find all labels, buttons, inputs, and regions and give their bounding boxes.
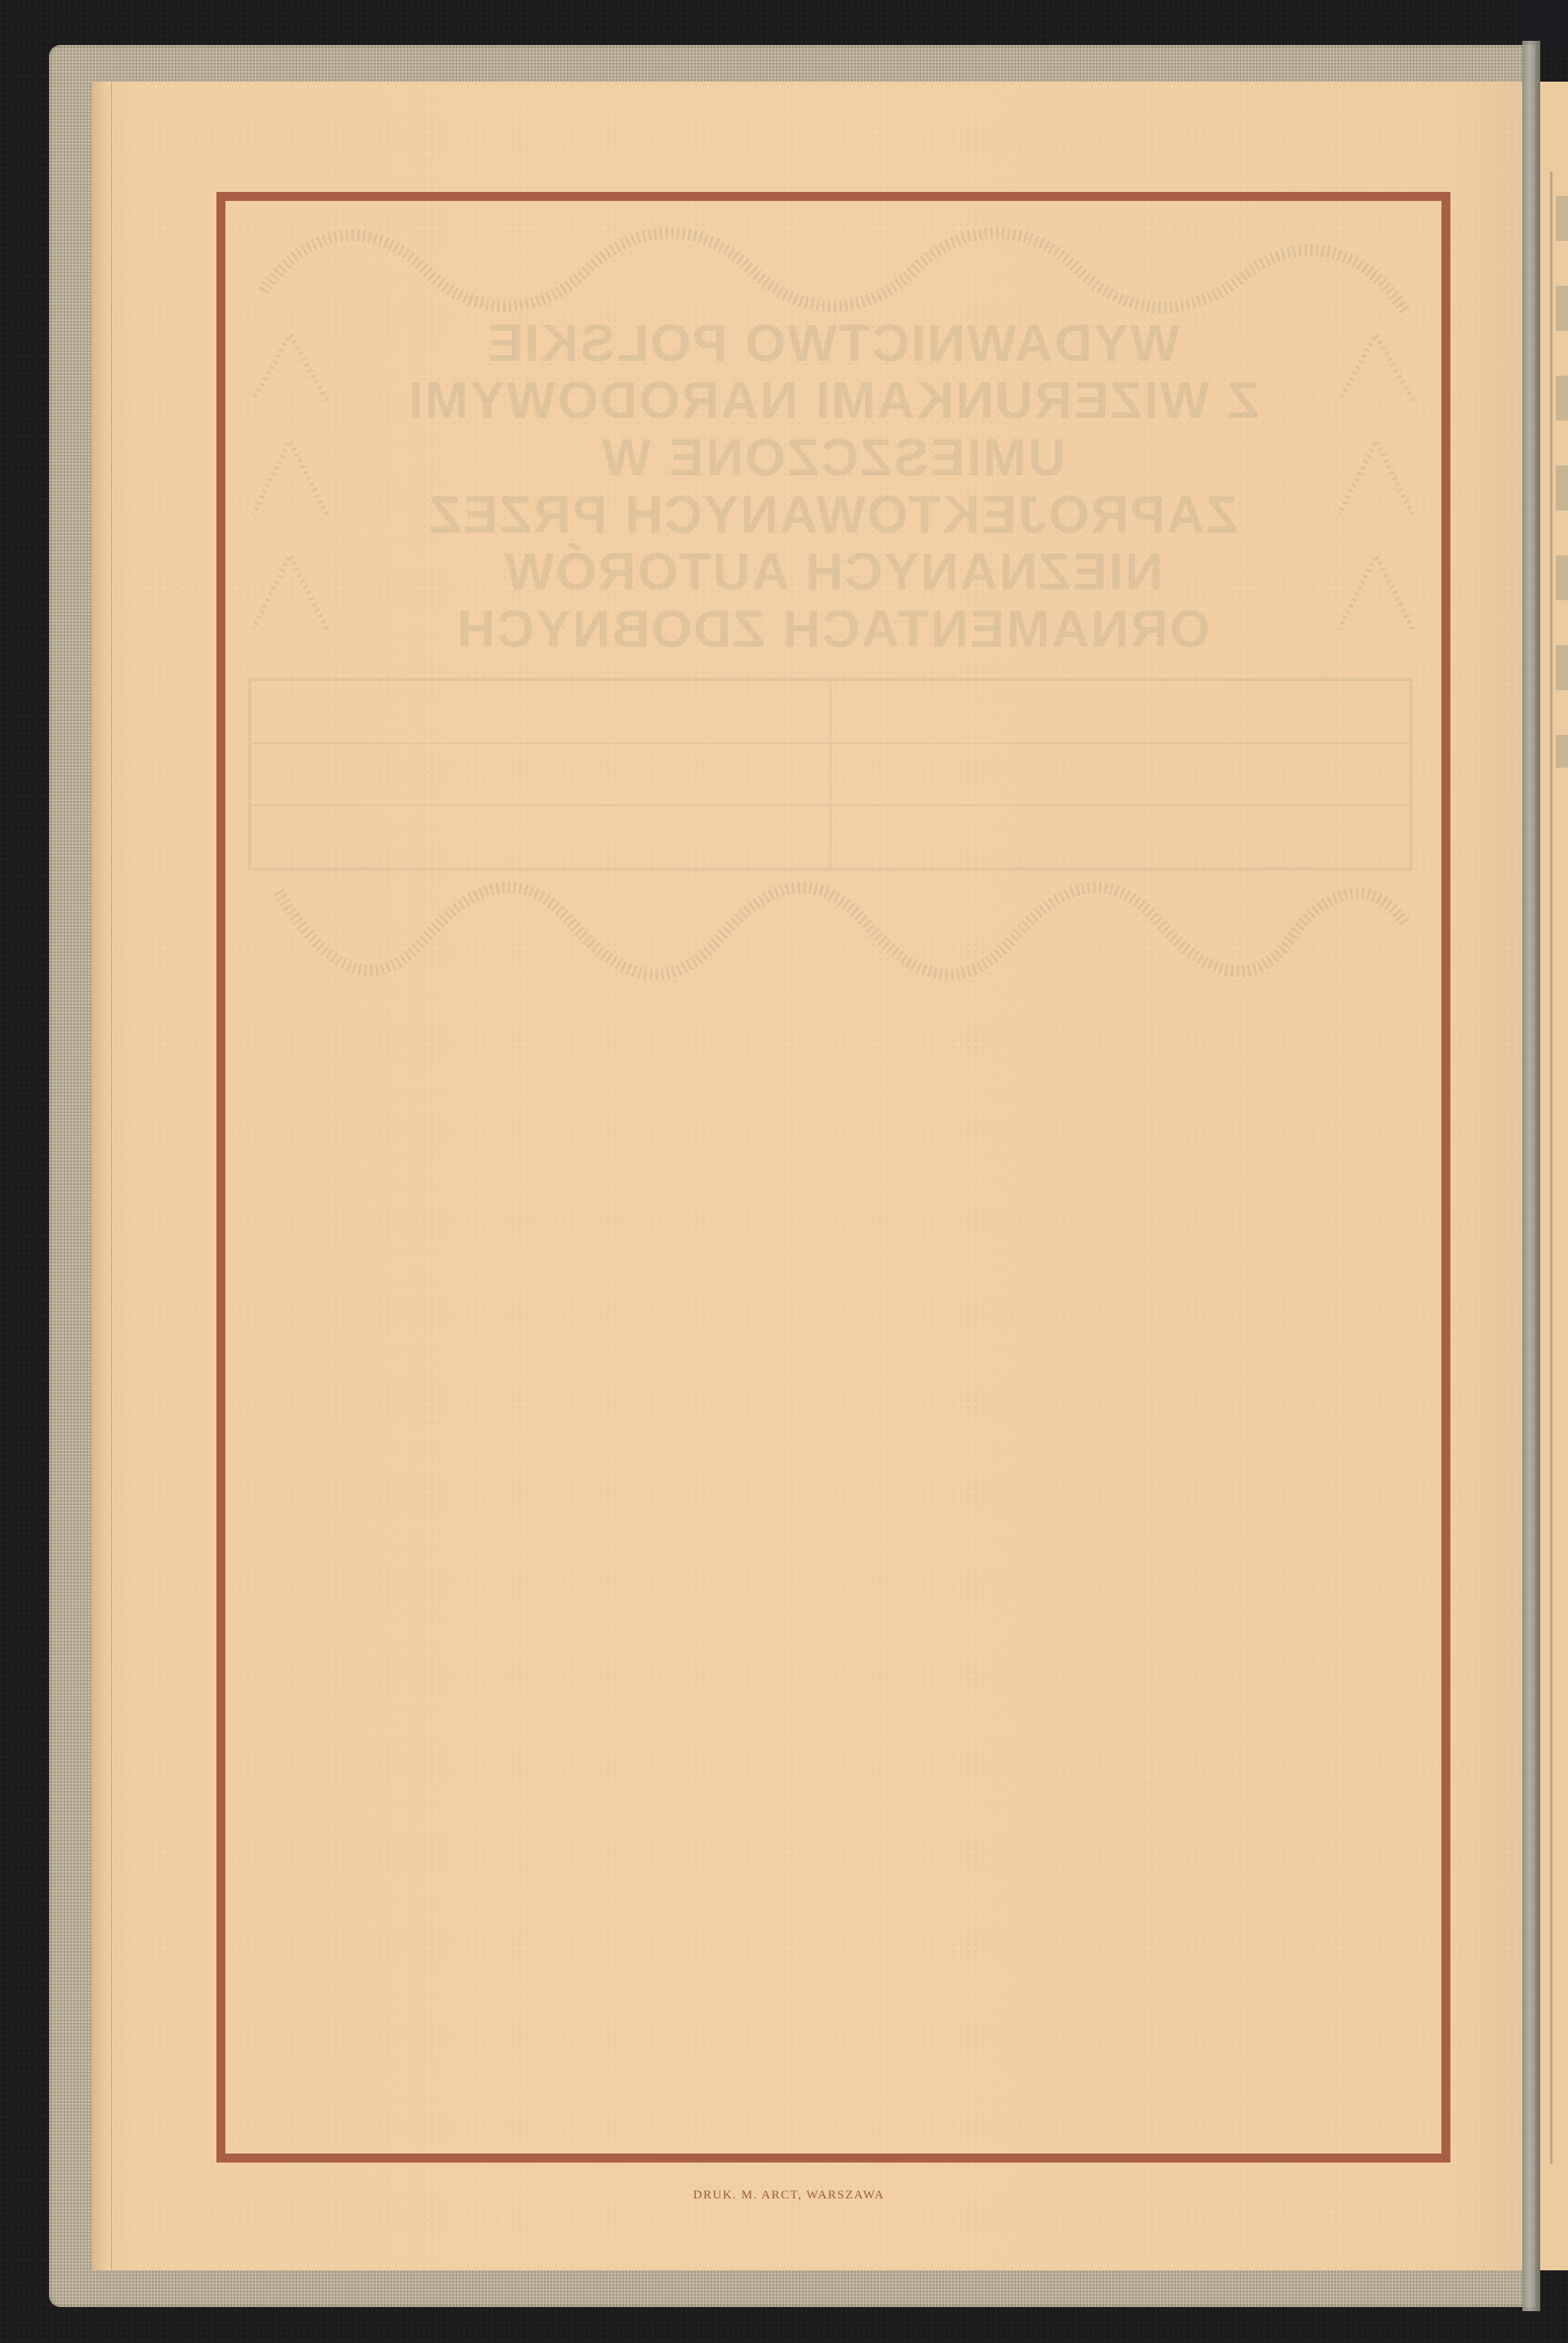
pencil-mark: [1505, 113, 1508, 144]
printed-border-frame: [216, 192, 1450, 2163]
book-gutter: [1522, 41, 1540, 2311]
page-stack-edge: [91, 82, 112, 2270]
imprint-text: DRUK. M. ARCT, WARSZAWA: [684, 2189, 884, 2202]
printer-imprint: DRUK. M. ARCT, WARSZAWA: [0, 2189, 1568, 2203]
adjacent-page-ornament: [1556, 196, 1568, 768]
